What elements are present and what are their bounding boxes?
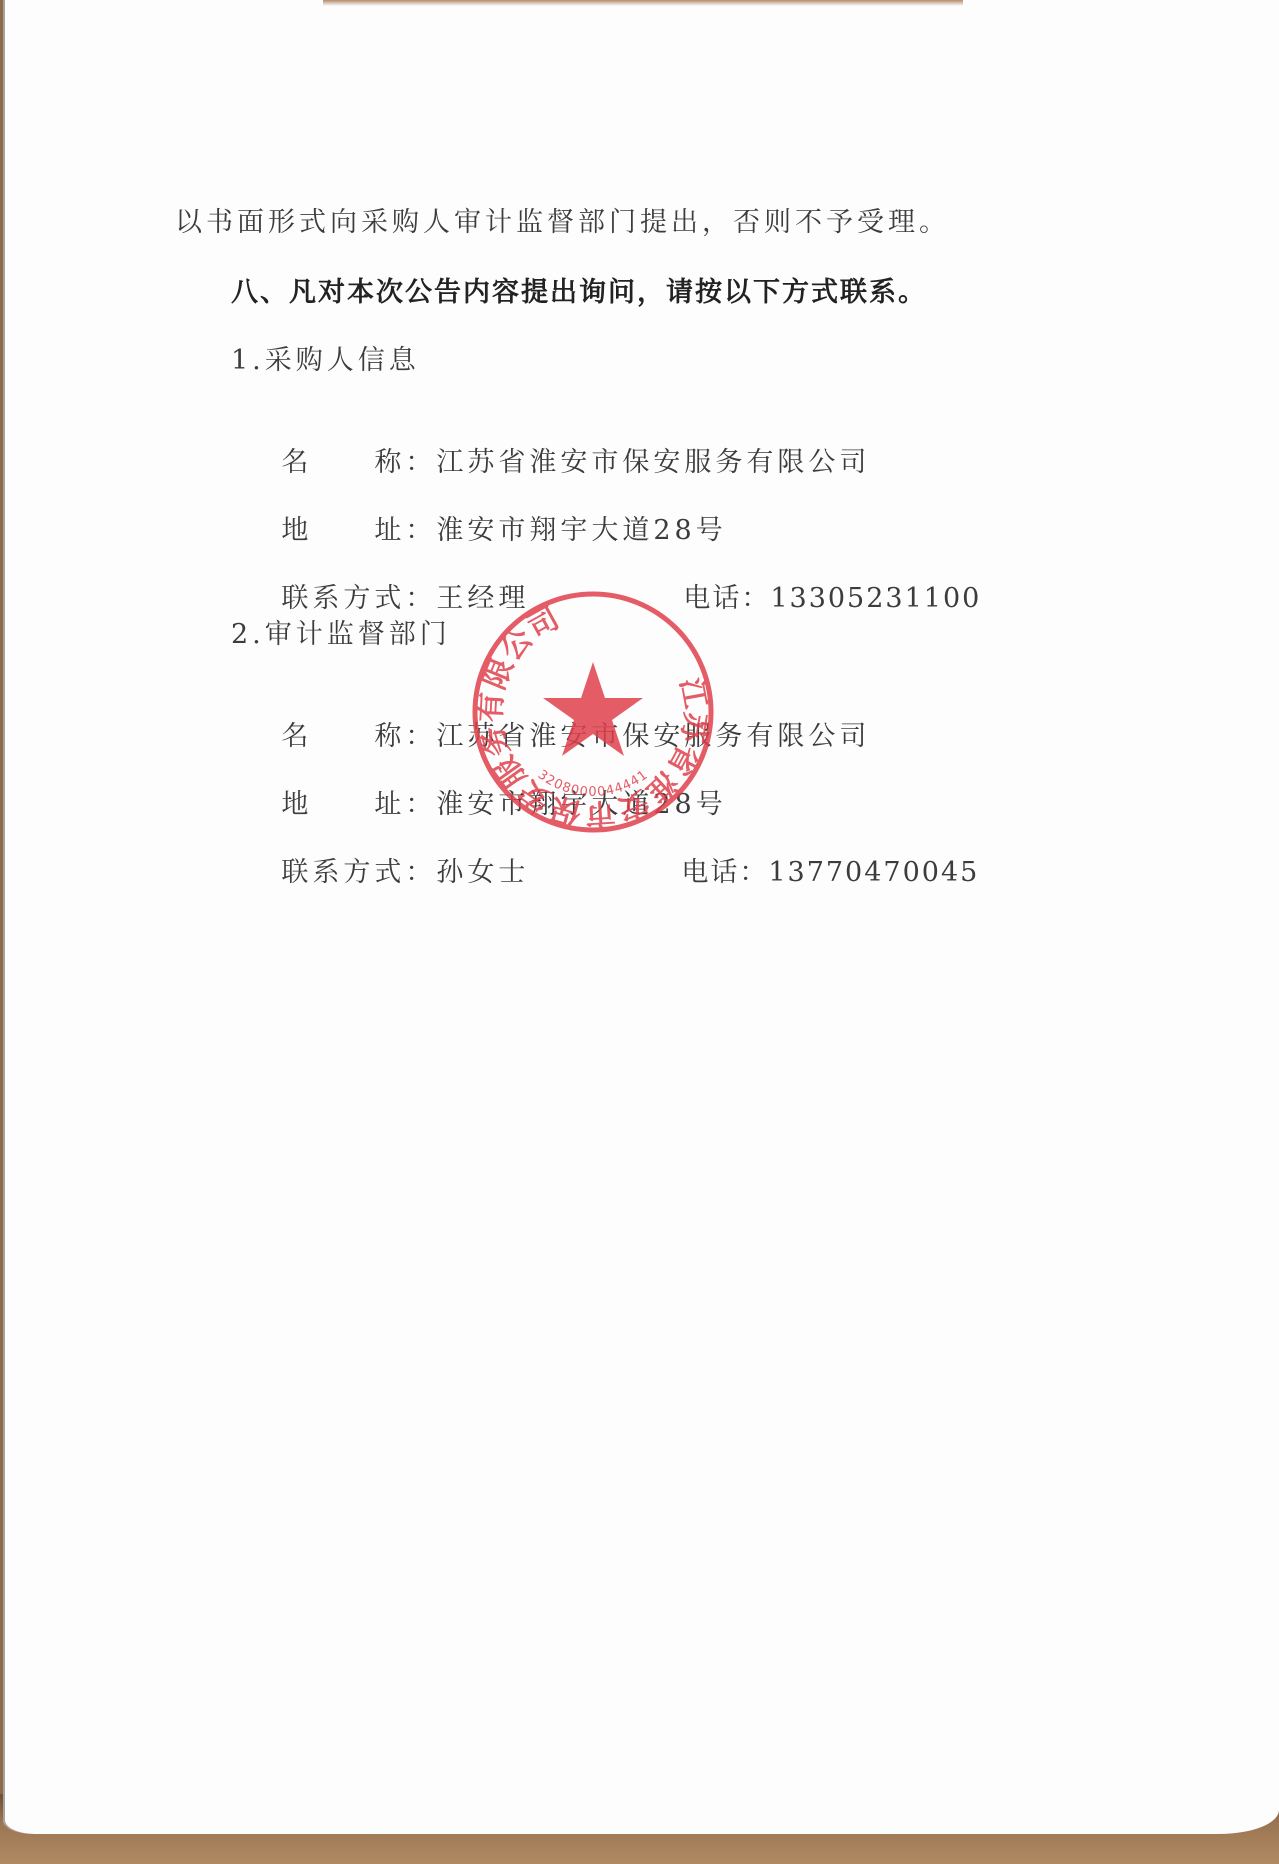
name-label-part1: 名 <box>281 447 312 478</box>
audit-contact-row: 联系方式：孙女士 <box>231 822 529 924</box>
audit-phone-value: 13770470045 <box>768 857 979 888</box>
contact-label: 联系方式： <box>281 857 436 888</box>
phone-label: 电话： <box>683 583 770 614</box>
audit-address-value: 淮安市翔宇大道28号 <box>436 789 726 820</box>
address-label-part1: 地 <box>281 515 312 546</box>
phone-label: 电话： <box>681 857 768 888</box>
continuation-line: 以书面形式向采购人审计监督部门提出，否则不予受理。 <box>175 206 950 240</box>
address-label-part2: 址： <box>374 515 436 546</box>
audit-section-title: 2.审计监督部门 <box>231 618 451 652</box>
purchaser-name-value: 江苏省淮安市保安服务有限公司 <box>436 447 870 478</box>
section-heading: 八、凡对本次公告内容提出询问，请按以下方式联系。 <box>231 276 927 310</box>
audit-contact-value: 孙女士 <box>436 857 529 888</box>
purchaser-phone: 电话：13305231100 <box>641 548 981 650</box>
name-label-part2: 称： <box>374 721 436 752</box>
document-page: 以书面形式向采购人审计监督部门提出，否则不予受理。 八、凡对本次公告内容提出询问… <box>3 0 1279 1834</box>
contact-label: 联系方式： <box>281 583 436 614</box>
name-label-part1: 名 <box>281 721 312 752</box>
page-top-shadow <box>323 0 963 6</box>
purchaser-section-title: 1.采购人信息 <box>231 344 420 378</box>
audit-phone: 电话：13770470045 <box>639 822 979 924</box>
audit-name-value: 江苏省淮安市保安服务有限公司 <box>436 721 870 752</box>
name-label-part2: 称： <box>374 447 436 478</box>
address-label-part1: 地 <box>281 789 312 820</box>
purchaser-phone-value: 13305231100 <box>770 583 981 614</box>
address-label-part2: 址： <box>374 789 436 820</box>
purchaser-contact-value: 王经理 <box>436 583 529 614</box>
purchaser-address-value: 淮安市翔宇大道28号 <box>436 515 726 546</box>
